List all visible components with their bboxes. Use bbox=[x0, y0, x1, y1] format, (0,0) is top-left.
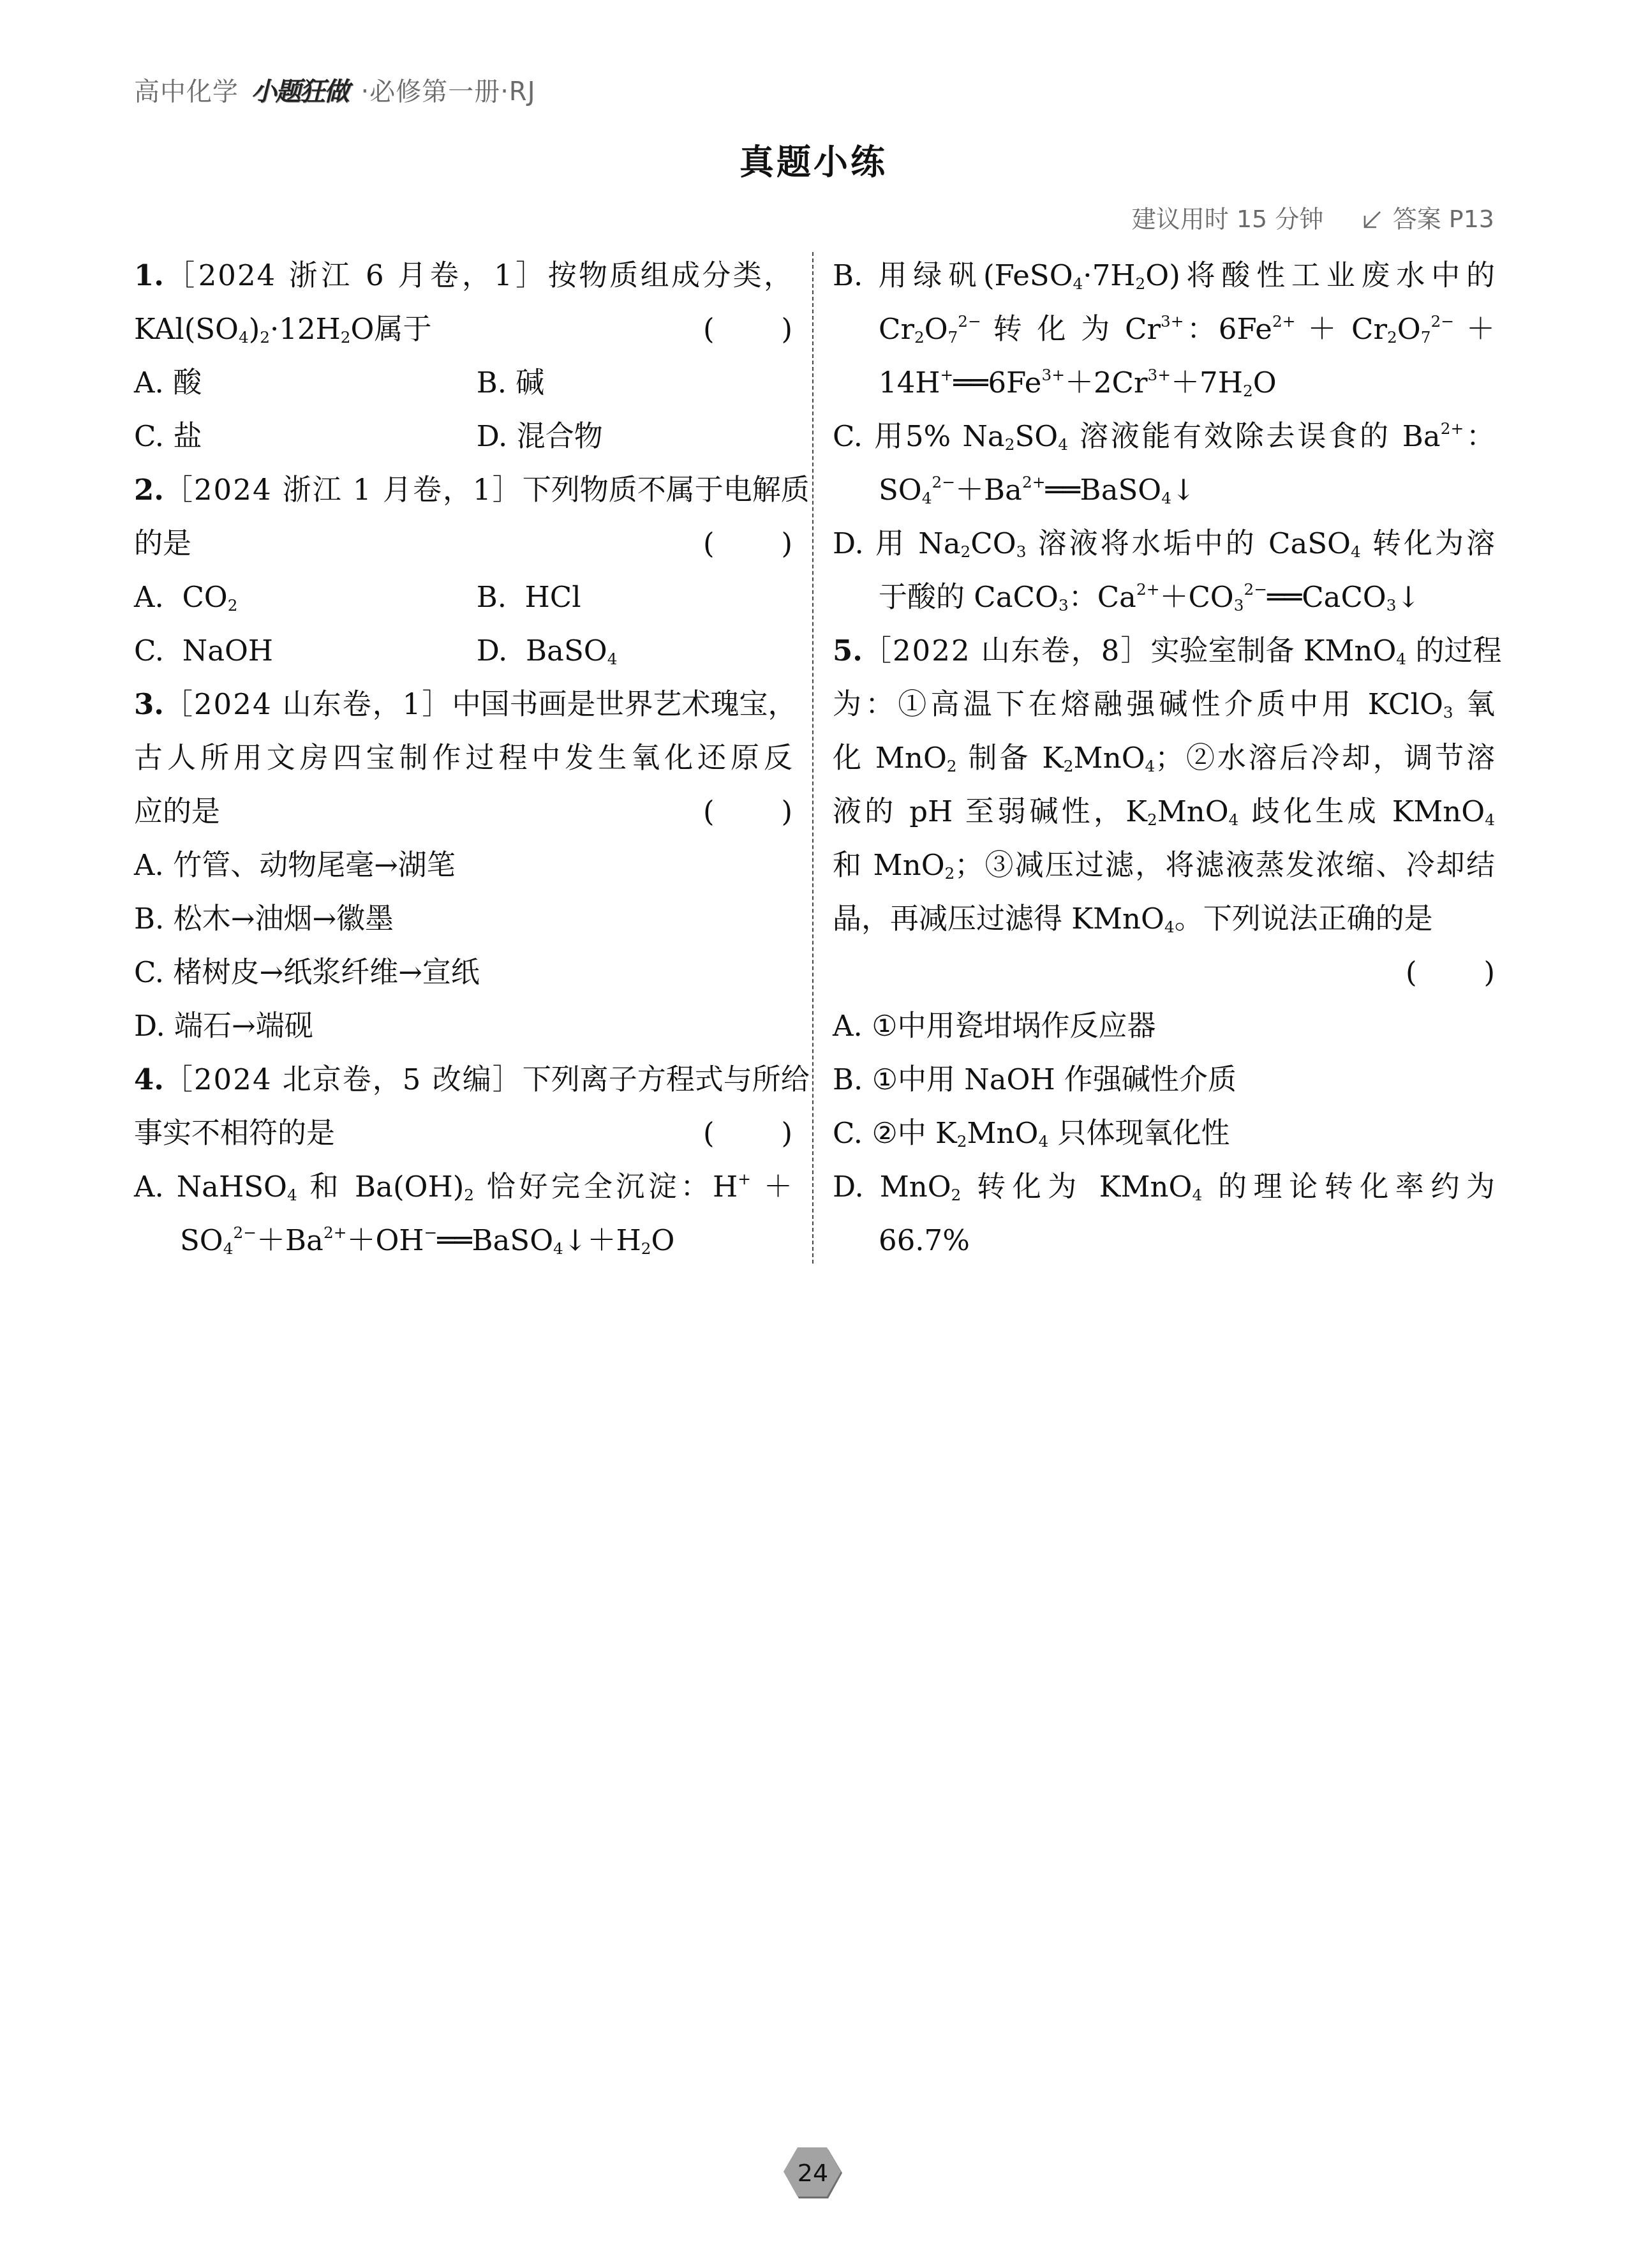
option-d[interactable]: D. BaSO4 bbox=[477, 624, 819, 678]
question-stem-line: 化 MnO2 制备 K2MnO4；②水溶后冷却，调节溶 bbox=[833, 731, 1495, 785]
option-d[interactable]: D. 用 Na2CO3 溶液将水垢中的 CaSO4 转化为溶 bbox=[833, 517, 1495, 571]
question-source: ［2024 浙江 6 月卷，1］ bbox=[164, 258, 548, 292]
question-number: 3. bbox=[134, 687, 164, 721]
question-stem-line: 的是 () bbox=[134, 517, 792, 571]
answer-reference: 答案 P13 bbox=[1393, 205, 1494, 233]
option-b[interactable]: B. 松木→油烟→徽墨 bbox=[134, 892, 792, 946]
question-stem-line: 4.［2024 北京卷，5 改编］下列离子方程式与所给 bbox=[134, 1053, 792, 1107]
question-stem-line: 2.［2024 浙江 1 月卷，1］下列物质不属于电解质 bbox=[134, 463, 792, 517]
option-a[interactable]: A. 竹管、动物尾毫→湖笔 bbox=[134, 839, 792, 892]
page-number-badge: 24 bbox=[784, 2147, 842, 2198]
option-b[interactable]: B. HCl bbox=[477, 571, 819, 624]
option-c[interactable]: C. 用5% Na2SO4 溶液能有效除去误食的 Ba2+： bbox=[833, 410, 1495, 463]
brand-logo: 小题狂做 bbox=[251, 77, 348, 107]
formula: KAl(SO4)2·12H2O属于 bbox=[134, 312, 432, 346]
option-c[interactable]: C. ②中 K2MnO4 只体现氧化性 bbox=[833, 1107, 1495, 1160]
options-row: A. 酸 B. 碱 bbox=[134, 356, 792, 410]
option-b[interactable]: B. ①中用 NaOH 作强碱性介质 bbox=[833, 1053, 1495, 1107]
question-4-continued: B. 用绿矾(FeSO4·7H2O)将酸性工业废水中的 Cr2O72− 转 化 … bbox=[833, 249, 1495, 624]
option-d[interactable]: D. 混合物 bbox=[477, 410, 819, 463]
option-b-equation: 14H+══6Fe3+＋2Cr3+＋7H2O bbox=[833, 356, 1495, 410]
answer-blank[interactable]: () bbox=[1406, 946, 1495, 999]
question-number: 5. bbox=[833, 634, 863, 668]
question-stem-line: KAl(SO4)2·12H2O属于 () bbox=[134, 302, 792, 356]
answer-blank[interactable]: () bbox=[703, 785, 792, 839]
option-b[interactable]: B. 用绿矾(FeSO4·7H2O)将酸性工业废水中的 bbox=[833, 249, 1495, 302]
suggested-time: 建议用时 15 分钟 bbox=[1132, 205, 1324, 233]
option-d[interactable]: D. MnO2 转化为 KMnO4 的理论转化率约为 bbox=[833, 1160, 1495, 1214]
option-c[interactable]: C. NaOH bbox=[134, 624, 477, 678]
option-c[interactable]: C. 盐 bbox=[134, 410, 477, 463]
question-5: 5.［2022 山东卷，8］实验室制备 KMnO4 的过程 为：①高温下在熔融强… bbox=[833, 624, 1495, 1267]
answer-blank-line: () bbox=[833, 946, 1495, 999]
option-a[interactable]: A. NaHSO4 和 Ba(OH)2 恰好完全沉淀：H+ ＋ bbox=[134, 1160, 792, 1214]
option-a[interactable]: A. ①中用瓷坩埚作反应器 bbox=[833, 999, 1495, 1053]
edition-label: ·必修第一册·RJ bbox=[360, 77, 535, 107]
answer-blank[interactable]: () bbox=[703, 517, 792, 571]
question-source: ［2024 北京卷，5 改编］ bbox=[164, 1063, 523, 1096]
options-row: C. 盐 D. 混合物 bbox=[134, 410, 792, 463]
answer-blank[interactable]: () bbox=[703, 1107, 792, 1160]
right-column: B. 用绿矾(FeSO4·7H2O)将酸性工业废水中的 Cr2O72− 转 化 … bbox=[833, 249, 1495, 1267]
question-stem-line: 晶，再减压过滤得 KMnO4。下列说法正确的是 bbox=[833, 892, 1495, 946]
options-row: A. CO2 B. HCl bbox=[134, 571, 792, 624]
question-source: ［2024 山东卷，1］ bbox=[164, 687, 452, 721]
question-4: 4.［2024 北京卷，5 改编］下列离子方程式与所给 事实不相符的是 () A… bbox=[134, 1053, 792, 1267]
question-number: 1. bbox=[134, 258, 164, 292]
question-stem-line: 和 MnO2；③减压过滤，将滤液蒸发浓缩、冷却结 bbox=[833, 839, 1495, 892]
left-column: 1.［2024 浙江 6 月卷，1］按物质组成分类， KAl(SO4)2·12H… bbox=[134, 249, 792, 1267]
page-number: 24 bbox=[784, 2147, 842, 2198]
options-row: C. NaOH D. BaSO4 bbox=[134, 624, 792, 678]
running-head: 高中化学 小题狂做 ·必修第一册·RJ bbox=[134, 71, 535, 108]
question-3: 3.［2024 山东卷，1］中国书画是世界艺术瑰宝， 古人所用文房四宝制作过程中… bbox=[134, 678, 792, 1053]
option-d-equation: 于酸的 CaCO3：Ca2+＋CO32−══CaCO3↓ bbox=[833, 571, 1495, 624]
question-stem-line: 事实不相符的是 () bbox=[134, 1107, 792, 1160]
option-d-continued: 66.7% bbox=[833, 1214, 1495, 1267]
question-source: ［2024 浙江 1 月卷，1］ bbox=[164, 473, 523, 507]
option-b[interactable]: B. 碱 bbox=[477, 356, 819, 410]
option-d[interactable]: D. 端石→端砚 bbox=[134, 999, 792, 1053]
question-stem-line: 5.［2022 山东卷，8］实验室制备 KMnO4 的过程 bbox=[833, 624, 1495, 678]
question-source: ［2022 山东卷，8］ bbox=[863, 634, 1150, 668]
question-2: 2.［2024 浙江 1 月卷，1］下列物质不属于电解质 的是 () A. CO… bbox=[134, 463, 792, 678]
option-a[interactable]: A. 酸 bbox=[134, 356, 477, 410]
option-a-equation: SO42−＋Ba2+＋OH−══BaSO4↓＋H2O bbox=[134, 1214, 792, 1267]
answer-blank[interactable]: () bbox=[703, 302, 792, 356]
arrow-down-left-icon bbox=[1361, 209, 1383, 231]
question-number: 2. bbox=[134, 473, 164, 507]
question-stem-line: 1.［2024 浙江 6 月卷，1］按物质组成分类， bbox=[134, 249, 792, 302]
question-stem-line: 3.［2024 山东卷，1］中国书画是世界艺术瑰宝， bbox=[134, 678, 792, 731]
question-stem-line: 为：①高温下在熔融强碱性介质中用 KClO3 氧 bbox=[833, 678, 1495, 731]
subject-label: 高中化学 bbox=[134, 77, 239, 107]
question-stem-line: 古人所用文房四宝制作过程中发生氧化还原反 bbox=[134, 731, 792, 785]
option-c-equation: SO42−＋Ba2+══BaSO4↓ bbox=[833, 463, 1495, 517]
question-number: 4. bbox=[134, 1063, 164, 1096]
question-stem-line: 液的 pH 至弱碱性，K2MnO4 歧化生成 KMnO4 bbox=[833, 785, 1495, 839]
question-1: 1.［2024 浙江 6 月卷，1］按物质组成分类， KAl(SO4)2·12H… bbox=[134, 249, 792, 463]
question-stem-line: 应的是 () bbox=[134, 785, 792, 839]
option-b-equation: Cr2O72− 转 化 为 Cr3+：6Fe2+ ＋ Cr2O72− ＋ bbox=[833, 302, 1495, 356]
option-a[interactable]: A. CO2 bbox=[134, 571, 477, 624]
section-title: 真题小练 bbox=[0, 135, 1627, 184]
section-meta: 建议用时 15 分钟 答案 P13 bbox=[1132, 199, 1494, 234]
option-c[interactable]: C. 楮树皮→纸浆纤维→宣纸 bbox=[134, 946, 792, 999]
